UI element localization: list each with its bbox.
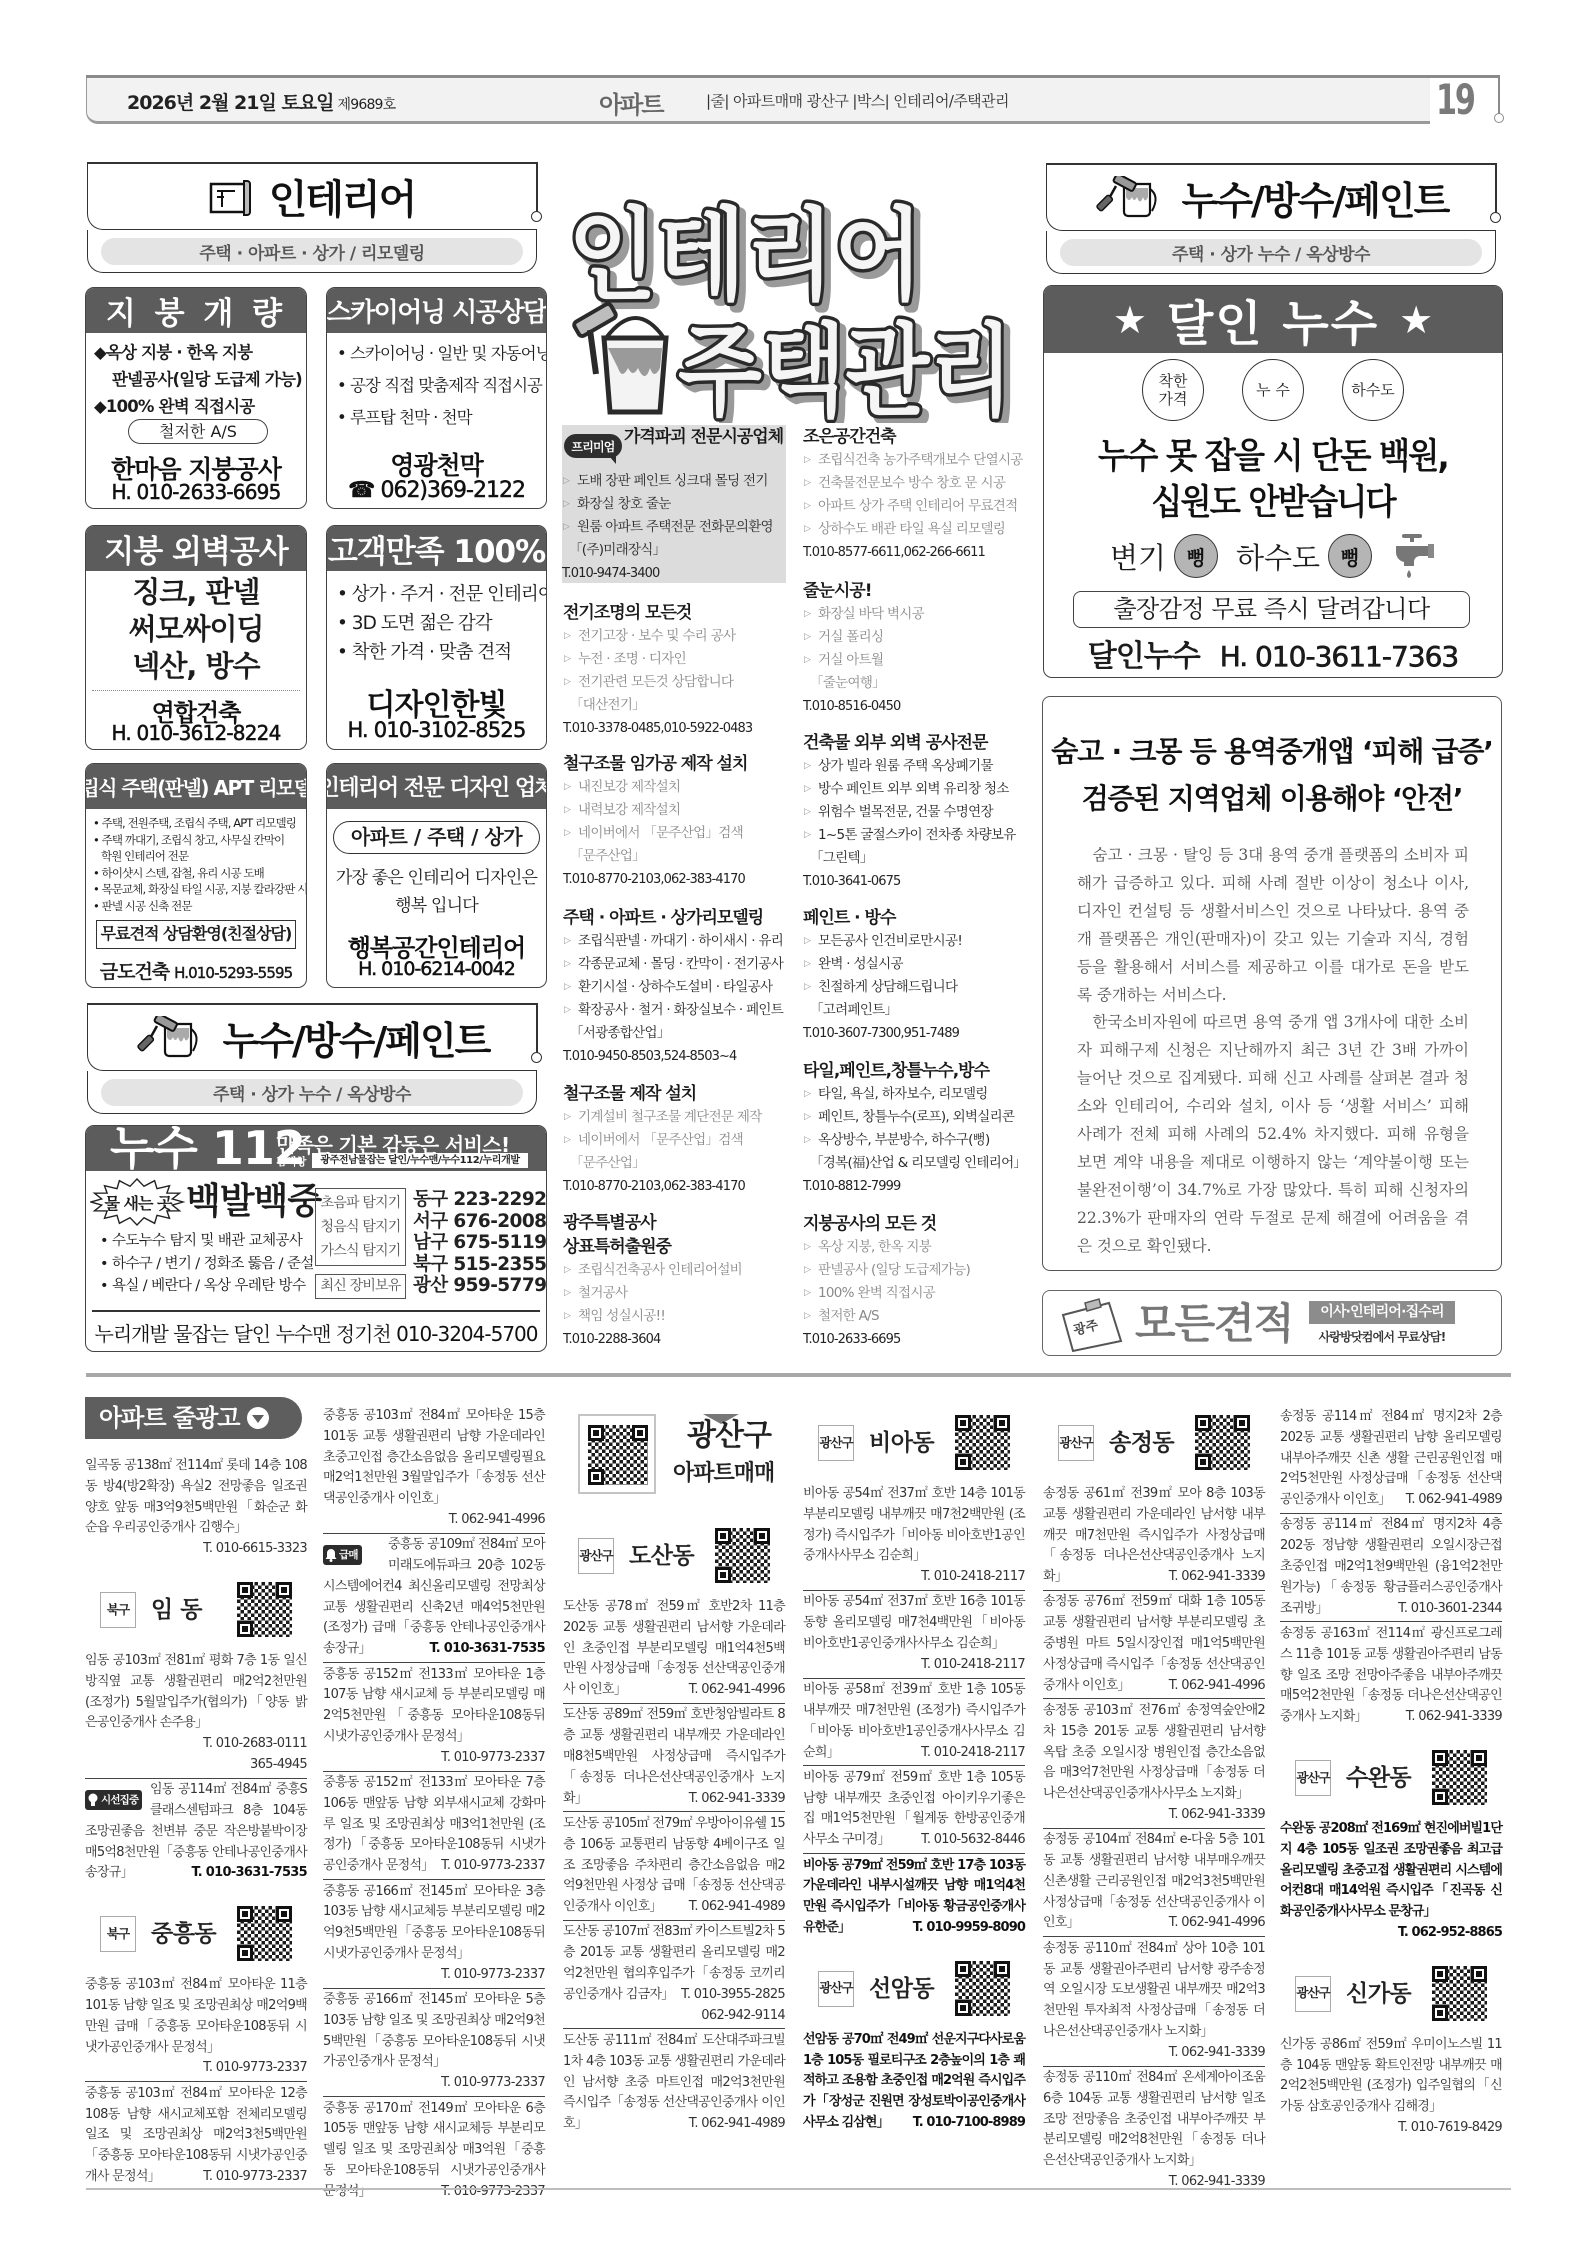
- listing-title: 상표특허출원중: [563, 1235, 785, 1259]
- ad-feature: • 하이샷시 스텐, 잡철, 유리 시공 도배: [93, 865, 307, 882]
- classified-column-6: 송정동 공114㎡ 전84㎡ 명지2차 2층 202동 교통 생활권편리 남향 …: [1280, 1407, 1502, 2139]
- qr-code: [955, 1415, 1010, 1470]
- feature-circle-leak: 누 수: [1242, 359, 1304, 421]
- ad-feature: • 루프탑 천막 · 천막: [337, 402, 547, 434]
- classified-column-2: 중흥동 공103㎡ 전84㎡ 모아타운 15층 101동 교통 생활권편리 남향…: [323, 1406, 545, 2202]
- listing-phone: T. 062-941-4996: [1169, 1913, 1265, 1934]
- listing-title: 타일,페인트,창틀누수,방수: [803, 1059, 1031, 1083]
- listing-phone: T. 010-3631-7535: [192, 1863, 307, 1884]
- detector-item: 청음식 탐지기: [316, 1215, 405, 1239]
- ad-badge: 철저한 A/S: [128, 419, 268, 444]
- listing-title: 철구조물 제작 설치: [563, 1082, 785, 1106]
- ad-headline: 백발백중: [186, 1178, 321, 1226]
- issue-date-line: 2026년 2월 21일 토요일제9689호: [127, 88, 395, 115]
- page-marker-line: [1498, 75, 1500, 115]
- interior-housing-banner: 인테리어 인테리어 주택관리 주택관리: [560, 178, 1030, 423]
- listing-phone: T. 010-3955-2825: [681, 1985, 785, 2006]
- listing-bullet: 화장실 창호 줄눈: [562, 493, 786, 516]
- ad-interior-design-company: 인테리어 전문 디자인 업체 아파트 / 주택 / 상가 가장 좋은 인테리어 …: [326, 763, 547, 988]
- detector-list: 초음파 탐지기 청음식 탐지기 가스식 탐지기: [315, 1188, 406, 1266]
- feature-circle-price: 착한 가격: [1142, 359, 1204, 421]
- listing-bullet: 확장공사 · 철거 · 화장실보수 · 페인트: [563, 999, 785, 1022]
- ad-title: 조립식 주택(판넬) APT 리모델링: [86, 764, 306, 809]
- leak-section-header-left: 누수/방수/페인트 주택 · 상가 누수 / 옥상방수: [87, 1003, 539, 1115]
- ad-header: 누수 112 만족은 기본 감동은 서비스! 검색창 광주전남물잡는 달인/누수…: [86, 1126, 546, 1171]
- listing-phone: T. 010-5632-8446: [921, 1830, 1025, 1851]
- listing-bullet: 철거공사: [563, 1282, 785, 1305]
- ad-title: 지붕 외벽공사: [86, 526, 306, 571]
- section-contents: |줄| 아파트매매 광산구 |박스| 인테리어/주택관리: [706, 90, 1009, 111]
- listing-phone: T.010-2288-3604: [563, 1328, 785, 1351]
- district-number: 675-5119: [453, 1232, 546, 1253]
- district-area: 북구: [413, 1254, 448, 1275]
- section-name: 아파트: [599, 85, 663, 120]
- listing-phone: T. 010-9773-2337: [203, 2167, 307, 2188]
- equipment-label: 최신 장비보유: [315, 1274, 406, 1299]
- listing-text: 송정동 공110㎡ 전84㎡ 온세계아이조움 6층 104동 교통 생활권편리 …: [1043, 2070, 1265, 2168]
- listing-phone: T. 062-941-3339: [1169, 1805, 1265, 1826]
- listing-phone-secondary: 062-942-9114: [563, 2006, 785, 2027]
- ad-sky-awning: 스카이어닝 시공상담 • 스카이어닝 · 일반 및 자동어닝 • 공장 직접 맞…: [326, 287, 547, 509]
- article-body: 숨고 · 크몽 · 탈잉 등 3대 용역 중개 플랫폼의 소비자 피해가 급증하…: [1077, 842, 1469, 1261]
- ad-features: 가장 좋은 인테리어 디자인은 행복 입니다: [327, 864, 546, 920]
- ad-phone: H. 010-2633-6695: [86, 480, 306, 504]
- listing-grout-travel: 줄눈시공! 화장실 바닥 벽시공 거실 폴리싱 거실 아트월 「줄눈여행」 T.…: [803, 579, 1031, 718]
- listing-gwangju-special: 광주특별공사 상표특허출원중 조립식건축공사 인테리어설비 철거공사 책임 성실…: [563, 1211, 785, 1351]
- listing-bullet: 전기관련 모든것 상담합니다: [563, 671, 785, 694]
- ad-feature: • 스카이어닝 · 일반 및 자동어닝: [337, 338, 547, 370]
- ad-features: • 스카이어닝 · 일반 및 자동어닝 • 공장 직접 맞춤제작 직접시공 • …: [337, 338, 547, 434]
- issue-number: 제9689호: [338, 97, 396, 113]
- listing-bullet: 타일, 욕실, 하자보수, 리모델링: [803, 1083, 1031, 1106]
- listing-company: 「그린텍」: [803, 847, 1031, 870]
- ad-feature: • 착한 가격 · 맞춤 견적: [337, 638, 547, 667]
- listing-entry: 도산동 공89㎡ 전59㎡ 호반청암빌라트 8층 교통 생활권편리 내부깨끗 가…: [563, 1703, 785, 1809]
- ad-header: 달인 누수: [1044, 286, 1502, 353]
- qr-code: [955, 1961, 1010, 2016]
- listing-entry: 중흥동 공170㎡ 전149㎡ 모아타운 6층 105동 맨앞동 남향 새시교체…: [323, 2096, 545, 2202]
- pop-badge: 뻥: [1174, 534, 1218, 578]
- banner-district: 광산구: [687, 1426, 771, 1447]
- listing-title: 건축물 외부 외벽 공사전문: [803, 731, 1031, 755]
- ad-leak-112: 누수 112 만족은 기본 감동은 서비스! 검색창 광주전남물잡는 달인/누수…: [85, 1125, 547, 1352]
- listing-bullet: 화장실 바닥 벽시공: [803, 603, 1031, 626]
- badge-text: 급매: [339, 1545, 358, 1566]
- circle-text: 누 수: [1256, 381, 1290, 399]
- listing-bullet: 모든공사 인건비로만시공!: [803, 930, 1031, 953]
- listing-entry: 중흥동 공103㎡ 전84㎡ 모아타운 11층 101동 남향 일조 및 조망권…: [85, 1975, 307, 2079]
- service-item: • 하수구 / 변기 / 정화조 뚫음 / 준설: [100, 1253, 314, 1276]
- listing-title: 광주특별공사: [563, 1211, 785, 1235]
- listing-title: 페인트 · 방수: [803, 906, 1031, 930]
- district-phone-list: 동구 223-2292 서구 676-2008 남구 675-5119 북구 5…: [413, 1189, 546, 1297]
- listing-phone: T. 010-9773-2337: [441, 1856, 545, 1877]
- section-divider: [86, 1373, 1511, 1377]
- ad-feature: • 목문교체, 화장실 타일 시공, 지붕 칼라강판 시공: [93, 881, 307, 898]
- listing-text: 신가동 공86㎡ 전59㎡ 우미이노스빌 11층 104동 맨앞동 확트인전망 …: [1280, 2037, 1502, 2114]
- listing-phone: T.010-2633-6695: [803, 1328, 1031, 1351]
- listing-entry: 중흥동 공152㎡ 전133㎡ 모아타운 1층 107동 남향 새시교체 등 부…: [323, 1662, 545, 1768]
- listing-text: 비아동 공54㎡ 전37㎡ 호반 16층 101동 동향 올리모델링 매7천4백…: [803, 1594, 1025, 1651]
- ad-headline-1: 누수 못 잡을 시 단돈 백원,: [1062, 436, 1483, 478]
- ad-feature: ◆옥상 지붕 · 한옥 지붕: [94, 339, 302, 366]
- sewer-label: 하수도: [1236, 536, 1320, 577]
- search-label: 검색창: [276, 1154, 306, 1169]
- listing-entry-highlighted: 수완동 공208㎡ 전169㎡ 현진에버빌1단지 4층 105동 일조권 조망권…: [1280, 1819, 1502, 1944]
- listing-phone: T. 062-941-4989: [689, 1897, 785, 1918]
- district-name: 수완동: [1346, 1763, 1411, 1793]
- ad-feature: • 주택, 전원주택, 조립식 주택, APT 리모델링: [93, 815, 307, 832]
- listing-entry-urgent: 급매중흥동 공109㎡ 전84㎡ 모아미래도에듀파크 20층 102동 시스템에…: [323, 1533, 545, 1660]
- listing-phone: T. 010-3631-7535: [430, 1639, 545, 1660]
- qr-code: [715, 1528, 770, 1583]
- toilet-label: 변기: [1110, 536, 1166, 577]
- ad-company: 달인누수: [1088, 631, 1200, 675]
- listing-phone: T. 062-941-4996: [449, 1510, 545, 1531]
- district-header: 광산구 송정동: [1043, 1415, 1265, 1470]
- listing-bullet: 옥상 지붕, 한옥 지붕: [803, 1236, 1031, 1259]
- ad-feature: 판넬공사(일당 도급제 가능): [94, 366, 302, 393]
- qr-code: [237, 1582, 292, 1637]
- ad-footer: 누리개발 물잡는 달인 누수맨 정기천 010-3204-5700: [86, 1318, 546, 1347]
- listing-bullet: 페인트, 창틀누수(로프), 외벽실리콘: [803, 1106, 1031, 1129]
- ad-phone: H. 010-3612-8224: [86, 721, 306, 745]
- listing-entry: 송정동 공163㎡ 전114㎡ 광신프로그레스 11층 101동 교통 생활권아…: [1280, 1621, 1502, 1727]
- ad-title: 인테리어 전문 디자인 업체: [327, 764, 546, 809]
- district-gu-label: 광산구: [818, 1971, 854, 2007]
- listing-phone: T. 062-941-4989: [689, 2114, 785, 2135]
- section-subtitle: 주택 · 상가 누수 / 옥상방수: [101, 1079, 523, 1106]
- ad-feature: 가장 좋은 인테리어 디자인은: [327, 864, 546, 892]
- listing-company: 「줄눈여행」: [803, 672, 1031, 695]
- listing-company: 「문주산업」: [563, 845, 785, 868]
- listing-entry: 중흥동 공166㎡ 전145㎡ 모아타운 3층 103동 남향 새시교체등 부분…: [323, 1879, 545, 1985]
- district-area: 남구: [413, 1232, 448, 1253]
- listing-bullet: 책임 성실시공!!: [563, 1305, 785, 1328]
- ad-phone: ☎ 062)369-2122: [327, 478, 546, 503]
- listing-bullet: 1~5톤 굴절스카이 전차종 차량보유: [803, 824, 1031, 847]
- listing-phone: T. 010-9773-2337: [441, 1965, 545, 1986]
- listing-bullet: 내진보강 제작설치: [563, 776, 785, 799]
- listing-text: 수완동 공208㎡ 전169㎡ 현진에버빌1단지 4층 105동 일조권 조망권…: [1280, 1821, 1502, 1919]
- listing-phone: T.010-8516-0450: [803, 695, 1031, 718]
- listing-phone: T.010-3641-0675: [803, 870, 1031, 893]
- listing-entry: 도산동 공78㎡ 전59㎡ 호반2차 11층 202동 교통 생활권편리 남서향…: [563, 1597, 785, 1701]
- article-paragraph: 숨고 · 크몽 · 탈잉 등 3대 용역 중개 플랫폼의 소비자 피해가 급증하…: [1077, 842, 1469, 1009]
- listing-entry: 도산동 공105㎡ 전79㎡ 우방아이유쉘 15층 106동 교통편리 남동향 …: [563, 1811, 785, 1917]
- banner-line1: 인테리어: [568, 197, 923, 314]
- ad-feature: 행복 입니다: [327, 892, 546, 920]
- district-phone: 남구 675-5119: [413, 1232, 546, 1254]
- listing-bullet: 내력보강 제작설치: [563, 799, 785, 822]
- service-item: • 수도누수 탐지 및 배관 교체공사: [100, 1230, 314, 1253]
- district-header: 광산구 도산동: [563, 1528, 785, 1583]
- page-marker-dot: [1494, 113, 1504, 123]
- listing-text: 송정동 공103㎡ 전76㎡ 송정역숲안애2차 15층 201동 교통 생활권편…: [1043, 1703, 1265, 1801]
- listing-bullet: 거실 폴리싱: [803, 626, 1031, 649]
- listing-company: 「경복(福)산업 & 리모델링 인테리어」: [803, 1152, 1031, 1175]
- listing-phone: T. 062-941-3339: [1169, 1567, 1265, 1588]
- ad-badge: 아파트 / 주택 / 상가: [333, 821, 540, 854]
- listing-phone: T. 062-941-3339: [689, 1789, 785, 1810]
- article-headline-2: 검증된 지역업체 이용해야 ‘안전’: [1043, 781, 1501, 817]
- listing-phone: T. 010-2418-2117: [921, 1655, 1025, 1676]
- district-header: 광산구 비아동: [803, 1415, 1025, 1470]
- estimate-banner: 광주 모든견적 이사·인테리어·집수리 사랑방닷컴에서 무료상담!: [1042, 1290, 1502, 1356]
- listing-bullet: 환기시설 · 상하수도설비 · 타일공사: [563, 976, 785, 999]
- listing-greentech: 건축물 외부 외벽 공사전문 상가 빌라 원룸 주택 옥상폐기물 방수 페인트 …: [803, 731, 1031, 893]
- listing-company: 「서광종합산업」: [563, 1022, 785, 1045]
- listing-phone: T. 010-9773-2337: [203, 2058, 307, 2079]
- listing-phone: T. 010-6615-3323: [203, 1539, 307, 1560]
- listing-bullet: 친절하게 상담해드립니다: [803, 976, 1031, 999]
- listing-bullet: 100% 완벽 직접시공: [803, 1282, 1031, 1305]
- listing-phone: T.010-9474-3400: [562, 562, 786, 585]
- paint-roller-bucket-icon: [135, 1016, 207, 1058]
- listing-phone: T. 010-2418-2117: [921, 1743, 1025, 1764]
- district-name: 선암동: [869, 1974, 934, 2004]
- estimate-note: 사랑방닷컴에서 무료상담!: [1309, 1328, 1455, 1345]
- listing-bullet: 건축물전문보수 방수 창호 문 시공: [803, 472, 1031, 495]
- listing-phone: T.010-9450-8503,524-8503~4: [563, 1045, 785, 1068]
- listing-bullet: 네이버에서 「문주산업」검색: [563, 822, 785, 845]
- listing-phone: T.010-8770-2103,062-383-4170: [563, 868, 785, 891]
- listing-bullet: 위험수 벌목전문, 건물 수명연장: [803, 801, 1031, 824]
- listing-text: 중흥동 공152㎡ 전133㎡ 모아타운 1층 107동 남향 새시교체 등 부…: [323, 1667, 545, 1744]
- ad-company: 영광천막: [327, 446, 546, 482]
- listing-phone: T. 010-7619-8429: [1398, 2118, 1502, 2139]
- district-gu-label: 광산구: [1295, 1976, 1331, 2012]
- listing-entry-highlighted: 비아동 공79㎡ 전59㎡ 호반 17층 103동 가운데라인 내부시설깨끗 남…: [803, 1853, 1025, 1939]
- district-area: 광산: [413, 1275, 448, 1296]
- paint-roller-bucket-icon: [1094, 176, 1166, 218]
- district-area: 동구: [413, 1189, 448, 1210]
- district-header: 북구 임 동: [85, 1582, 307, 1637]
- listing-seogwang-remodeling: 주택 · 아파트 · 상가리모델링 조립식판넬 · 까대기 · 하이새시 · 유…: [563, 906, 785, 1068]
- ad-phone: H. 010-3102-8525: [327, 718, 546, 742]
- listing-phone: T. 062-941-3339: [1169, 2043, 1265, 2064]
- qr-code: [1432, 1750, 1487, 1805]
- listing-entry: 일곡동 공138㎡ 전114㎡ 롯데 14층 108동 방4(방2확장) 욕실2…: [85, 1456, 307, 1560]
- ad-feature: • 주택 까대기, 조립식 창고, 사무실 칸막이: [93, 832, 307, 849]
- listing-title: 줄눈시공!: [803, 579, 1031, 603]
- listing-joeun-space: 조은공간건축 조립식건축 농가주택개보수 단열시공 건축물전문보수 방수 창호 …: [803, 425, 1031, 564]
- listing-entry: 송정동 공103㎡ 전76㎡ 송정역숲안애2차 15층 201동 교통 생활권편…: [1043, 1698, 1265, 1825]
- ad-features: 징크, 판넬 써모싸이딩 넥산, 방수: [86, 574, 306, 685]
- ad-dalin-leak: 달인 누수 착한 가격 누 수 하수도 누수 못 잡을 시 단돈 백원, 십원도…: [1043, 285, 1503, 678]
- district-gu-label: 광산구: [578, 1538, 614, 1574]
- listing-entry: 송정동 공61㎡ 전39㎡ 모아 8층 103동 교통 생활권편리 가운데라인 …: [1043, 1484, 1265, 1588]
- listing-entry: 비아동 공54㎡ 전37㎡ 호반 16층 101동 동향 올리모델링 매7천4백…: [803, 1590, 1025, 1676]
- qr-code: [588, 1425, 648, 1485]
- listing-bullet: 철저한 A/S: [803, 1305, 1031, 1328]
- listing-title: 철구조물 임가공 제작 설치: [563, 752, 785, 776]
- ad-footer: 금도건축 H.010-5293-5595: [86, 957, 306, 984]
- listing-phone: T. 010-2683-0111: [203, 1734, 307, 1755]
- listing-entry: 비아동 공54㎡ 전37㎡ 호반 14층 101동 부분리모델링 내부깨끗 매7…: [803, 1484, 1025, 1588]
- listing-text: 중흥동 공103㎡ 전84㎡ 모아타운 11층 101동 남향 일조 및 조망권…: [85, 1977, 307, 2054]
- listing-goryeo-paint: 페인트 · 방수 모든공사 인건비로만시공! 완벽 · 성실시공 친절하게 상담…: [803, 906, 1031, 1045]
- district-name: 임 동: [151, 1595, 202, 1625]
- bottom-rule: [86, 2188, 1511, 2190]
- ad-phone: H.010-5293-5595: [174, 964, 292, 982]
- listing-bullet: 조립식건축공사 인테리어설비: [563, 1259, 785, 1282]
- listing-phone: T.010-3378-0485,010-5922-0483: [563, 717, 785, 740]
- urgent-sale-badge: 급매: [323, 1535, 383, 1575]
- listing-entry-featured: 시선집중임동 공114㎡ 전84㎡ 중흥S클래스센텀파크 8층 104동 조망권…: [85, 1778, 307, 1884]
- district-gu-label: 북구: [100, 1592, 136, 1628]
- listing-entry-highlighted: 선암동 공70㎡ 전49㎡ 선운지구다사로움 1층 105동 필로티구조 2층높…: [803, 2030, 1025, 2134]
- pop-badge: 뻥: [1328, 534, 1372, 578]
- listing-phone: T. 010-9959-8090: [913, 1918, 1025, 1939]
- page-header: 2026년 2월 21일 토요일제9689호 아파트 |줄| 아파트매매 광산구…: [86, 78, 1430, 124]
- ad-roof-improvement: 지 붕 개 량 ◆옥상 지붕 · 한옥 지붕 판넬공사(일당 도급제 가능) ◆…: [85, 287, 307, 509]
- banner-title: 아파트매매: [673, 1464, 774, 1485]
- ad-title: 지 붕 개 량: [86, 288, 306, 333]
- listing-entry: 임동 공103㎡ 전81㎡ 평화 7층 1동 일신방직옆 교통 생활권편리 매2…: [85, 1651, 307, 1776]
- apartment-line-ads-label: 아파트 줄광고: [85, 1397, 302, 1439]
- qr-code: [1195, 1415, 1250, 1470]
- circle-text: 가격: [1159, 390, 1188, 408]
- listing-entry: 송정동 공110㎡ 전84㎡ 상아 10층 101동 교통 생활권아주편리 남서…: [1043, 1936, 1265, 2063]
- listing-munju-steel-2: 철구조물 제작 설치 기계설비 철구조물 계단전문 제작 네이버에서 「문주산업…: [563, 1082, 785, 1198]
- listing-bullet: 전기고장 · 보수 및 수리 공사: [563, 625, 785, 648]
- burst-label: 물 새는 곳: [90, 1178, 186, 1226]
- district-header: 광산구 수완동: [1280, 1750, 1502, 1805]
- faucet-icon: [1390, 532, 1436, 580]
- listing-bullet: 상하수도 배관 타일 욕실 리모델링: [803, 518, 1031, 541]
- listing-title: 주택 · 아파트 · 상가리모델링: [563, 906, 785, 930]
- article-headline-1: 숨고 · 크몽 등 용역중개앱 ‘피해 급증’: [1043, 734, 1501, 770]
- district-phone: 동구 223-2292: [413, 1189, 546, 1211]
- listing-entry: 도산동 공107㎡ 전83㎡ 카이스트빌2차 5층 201동 교통 생활편리 올…: [563, 1920, 785, 2026]
- listing-bullet: 조립식판넬 · 까대기 · 하이새시 · 유리: [563, 930, 785, 953]
- section-title-row: 인테리어: [87, 168, 537, 224]
- listing-company: 「문주산업」: [563, 1152, 785, 1175]
- district-name: 도산동: [629, 1541, 694, 1571]
- listing-bullet: 원룸 아파트 주택전문 전화문의환영: [562, 516, 786, 539]
- district-phone: 서구 676-2008: [413, 1211, 546, 1233]
- listing-phone: T. 062-941-4989: [1406, 1490, 1502, 1511]
- listing-phone: T. 010-9773-2337: [441, 2182, 545, 2203]
- ad-feature: • 공장 직접 맞춤제작 직접시공: [337, 370, 547, 402]
- banner-line2: 주택관리: [678, 313, 1013, 423]
- district-gu-label: 광산구: [818, 1425, 854, 1461]
- classified-column-1: 아파트 줄광고 일곡동 공138㎡ 전114㎡ 롯데 14층 108동 방4(방…: [85, 1397, 307, 2188]
- qr-code: [237, 1906, 292, 1961]
- listing-entry: 중흥동 공103㎡ 전84㎡ 모아타운 15층 101동 교통 생활권편리 남향…: [323, 1406, 545, 1531]
- ad-phone: H. 010-3611-7363: [1220, 640, 1459, 673]
- listing-phone: T. 010-9773-2337: [441, 1748, 545, 1769]
- district-name: 비아동: [869, 1428, 934, 1458]
- ad-roof-wall-construction: 지붕 외벽공사 징크, 판넬 써모싸이딩 넥산, 방수 연합건축 H. 010-…: [85, 525, 307, 750]
- ad-feature: • 3D 도면 젊은 감각: [337, 609, 547, 638]
- listing-roof-all: 지붕공사의 모든 것 옥상 지붕, 한옥 지붕 판넬공사 (일당 도급제가능) …: [803, 1212, 1031, 1351]
- listing-text: 중흥동 공166㎡ 전145㎡ 모아타운 5층 103동 남향 일조 및 조망권…: [323, 1992, 545, 2069]
- search-keywords-box: 광주전남물잡는 달인/누수맨/누수112/누리개발: [312, 1153, 528, 1168]
- ad-feature: 징크, 판넬: [86, 574, 306, 611]
- ad-title: 스카이어닝 시공상담: [327, 288, 546, 333]
- ad-prefab-house-remodeling: 조립식 주택(판넬) APT 리모델링 • 주택, 전원주택, 조립식 주택, …: [85, 763, 307, 988]
- listing-title: 가격파괴 전문시공업체: [562, 425, 786, 470]
- detector-item: 초음파 탐지기: [316, 1191, 405, 1215]
- ad-feature: • 판넬 시공 신축 전문: [93, 898, 307, 915]
- ad-customer-satisfaction: 고객만족 100% • 상가 · 주거 · 전문 인테리어 • 3D 도면 젊은…: [326, 525, 547, 750]
- listing-phone: T.010-8577-6611,062-266-6611: [803, 541, 1031, 564]
- section-title: 인테리어: [269, 168, 416, 225]
- listing-bullet: 각종문교체 · 몰딩 · 칸막이 · 전기공사: [563, 953, 785, 976]
- listing-phone: T. 062-941-4996: [689, 1680, 785, 1701]
- ad-feature: ◆100% 완벽 직접시공: [94, 393, 302, 420]
- service-item: • 욕실 / 베란다 / 옥상 우레탄 방수: [100, 1275, 314, 1298]
- district-number: 223-2292: [453, 1189, 546, 1210]
- listing-bullet: 완벽 · 성실시공: [803, 953, 1031, 976]
- listing-bullet: 네이버에서 「문주산업」검색: [563, 1129, 785, 1152]
- listing-gyeongbok-industry: 타일,페인트,창틀누수,방수 타일, 욕실, 하자보수, 리모델링 페인트, 창…: [803, 1059, 1031, 1198]
- ad-title: 고객만족 100%: [327, 526, 546, 571]
- article-paragraph: 한국소비자원에 따르면 용역 중개 앱 3개사에 대한 소비자 피해구제 신청은…: [1077, 1009, 1469, 1260]
- label-text: 아파트 줄광고: [99, 1408, 239, 1429]
- ad-company: 금도건축: [100, 957, 169, 984]
- listing-title: 조은공간건축: [803, 425, 1031, 449]
- featured-badge: 시선집중: [85, 1780, 145, 1820]
- circle-text: 착한: [1159, 372, 1188, 390]
- circle-text: 하수도: [1351, 381, 1394, 399]
- newspaper-page: 2026년 2월 21일 토요일제9689호 아파트 |줄| 아파트매매 광산구…: [0, 0, 1588, 2268]
- down-arrow-circle-icon: [247, 1407, 269, 1429]
- dotted-divider: [92, 690, 300, 691]
- blueprint-icon: [209, 176, 253, 216]
- listing-phone: T.010-8770-2103,062-383-4170: [563, 1175, 785, 1198]
- ad-feature: 넥산, 방수: [86, 648, 306, 685]
- district-header: 광산구 신가동: [1280, 1966, 1502, 2021]
- listing-bullet: 방수 페인트 외부 외벽 유리창 청소: [803, 778, 1031, 801]
- listing-bullet: 거실 아트월: [803, 649, 1031, 672]
- listing-text: 중흥동 공103㎡ 전84㎡ 모아타운 15층 101동 교통 생활권편리 남향…: [323, 1408, 545, 1506]
- service-list: • 수도누수 탐지 및 배관 교체공사 • 하수구 / 변기 / 정화조 뚫음 …: [100, 1230, 314, 1298]
- listing-bullet: 도배 장판 페인트 싱크대 몰딩 전기: [562, 470, 786, 493]
- listing-entry: 도산동 공111㎡ 전84㎡ 도산대주파크빌1차 4층 103동 교통 생활권편…: [563, 2028, 785, 2134]
- listing-phone: T. 010-7100-8989: [913, 2113, 1025, 2134]
- bell-icon: [325, 1548, 337, 1562]
- listing-entry: 중흥동 공166㎡ 전145㎡ 모아타운 5층 103동 남향 일조 및 조망권…: [323, 1988, 545, 2094]
- listing-entry: 송정동 공110㎡ 전84㎡ 온세계아이조움 6층 104동 교통 생활권편리 …: [1043, 2066, 1265, 2193]
- estimate-title: 모든견적: [1135, 1300, 1293, 1348]
- district-number: 515-2355: [453, 1254, 546, 1275]
- qr-frame: [578, 1414, 656, 1494]
- listing-phone: T. 010-3601-2344: [1398, 1599, 1502, 1620]
- listing-bullet: 기계설비 철구조물 계단전문 제작: [563, 1106, 785, 1129]
- listing-bullet: 옥상방수, 부분방수, 하수구(뻥): [803, 1129, 1031, 1152]
- section-subtitle: 주택 · 상가 누수 / 옥상방수: [1060, 239, 1482, 266]
- district-phone: 광산 959-5779: [413, 1275, 546, 1297]
- district-number: 959-5779: [453, 1275, 546, 1296]
- listing-phone: T. 062-941-4996: [1169, 1676, 1265, 1697]
- district-gu-label: 북구: [100, 1916, 136, 1952]
- estimate-services: 이사·인테리어·집수리: [1309, 1301, 1455, 1324]
- section-title: 누수/방수/페인트: [1182, 170, 1449, 225]
- listing-bullet: 누전 · 조명 · 디자인: [563, 648, 785, 671]
- ad-feature: 학원 인테리어 전문: [93, 848, 307, 865]
- ad-phone: H. 010-6214-0042: [327, 958, 546, 980]
- feature-circle-sewer: 하수도: [1342, 359, 1404, 421]
- listing-phone: T. 010-9773-2337: [441, 2073, 545, 2094]
- listing-entry: 송정동 공76㎡ 전59㎡ 대화 1층 105동 교통 생활권편리 남서향 부분…: [1043, 1590, 1265, 1696]
- listing-text: 일곡동 공138㎡ 전114㎡ 롯데 14층 108동 방4(방2확장) 욕실2…: [85, 1458, 307, 1535]
- issue-date: 2026년 2월 21일 토요일: [127, 92, 334, 114]
- listing-title: 지붕공사의 모든 것: [803, 1212, 1031, 1236]
- badge-text: 시선집중: [101, 1790, 138, 1811]
